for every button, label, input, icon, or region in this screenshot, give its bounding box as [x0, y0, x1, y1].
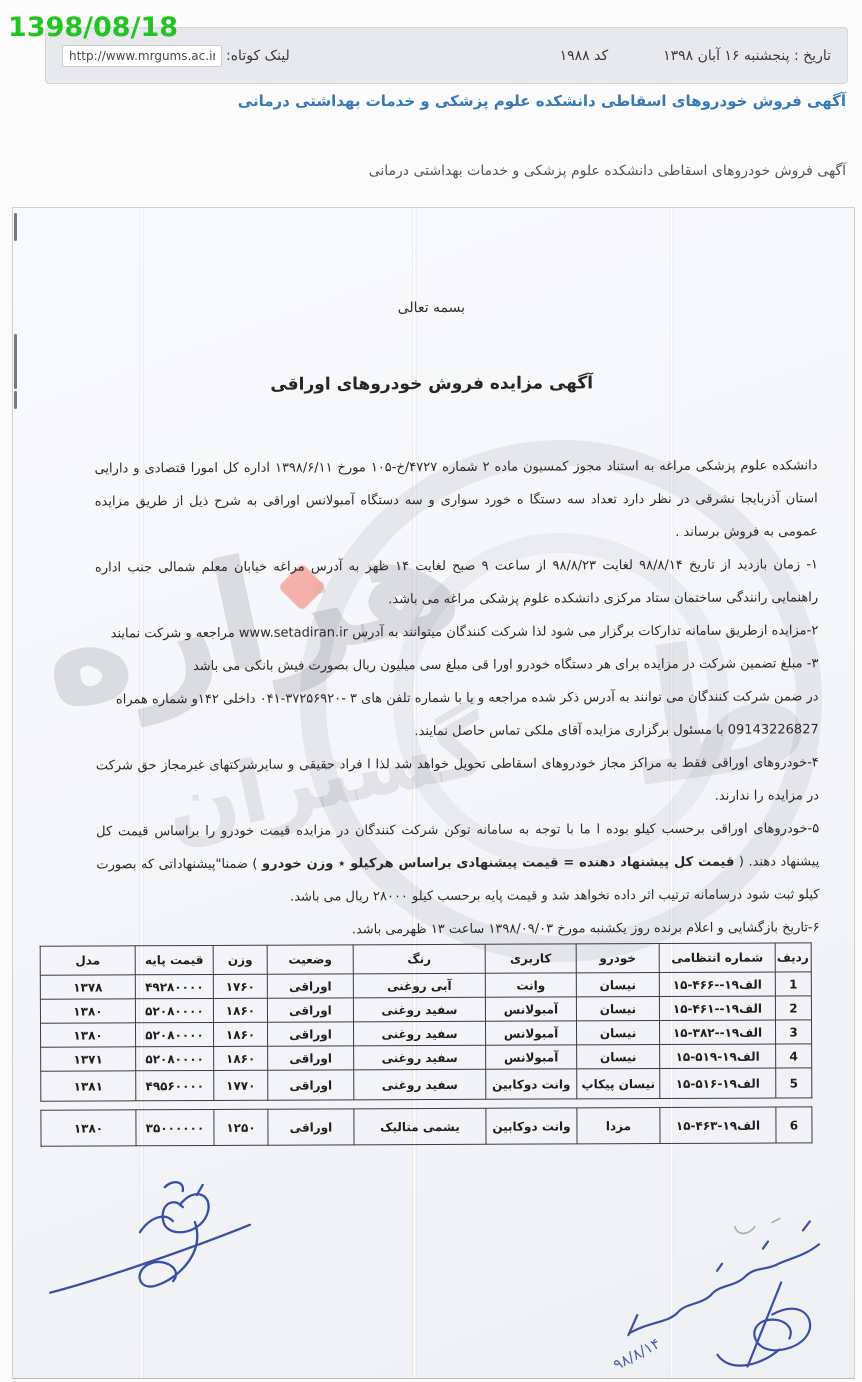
table-cell: ۱۳۸۰	[40, 999, 135, 1023]
date-stamp: 1398/08/18	[8, 12, 178, 43]
table-row: 2الف۱۹--۴۶۱-۱۵نیسانآمبولانسسفید روغنیاور…	[40, 996, 811, 1023]
paragraph-item5: ۵-خودروهای اوراقی برحسب کیلو بوده ا ما ب…	[96, 812, 819, 914]
table-cell: ۱۲۵۰	[214, 1109, 268, 1145]
table-cell: آبی روغنی	[353, 973, 485, 998]
table-cell: ۱۸۶۰	[213, 1022, 267, 1046]
table-cell: مزدا	[577, 1108, 660, 1144]
table-cell: ۴۹۲۸۰۰۰۰	[135, 974, 213, 998]
table-cell: 3	[775, 1020, 811, 1044]
signature-left	[45, 1177, 256, 1318]
table-cell: 4	[776, 1044, 812, 1068]
paragraph-intro: دانشکده علوم پزشکی مراغه به استناد مجوز …	[95, 449, 818, 551]
table-cell: الف۱۹-۵۱۹-۱۵	[660, 1044, 776, 1069]
paragraph-item3: ۳- مبلغ تضمین شرکت در مزایده برای هر دست…	[95, 647, 818, 683]
paragraph-item1: ۱- زمان بازدید از تاریخ ۹۸/۸/۱۴ لغایت ۹۸…	[95, 548, 818, 617]
table-cell: الف۱۹-۴۶۳-۱۵	[660, 1107, 776, 1144]
table-cell: الف۱۹-۵۱۶-۱۵	[660, 1068, 776, 1099]
table-cell: اوراقی	[268, 1109, 354, 1145]
table-cell: اوراقی	[267, 974, 353, 998]
table-header-cell: ردیف	[775, 943, 811, 972]
besmele-line: بسمه تعالی	[12, 298, 852, 318]
paragraph-item2: ۲-مزایده ازطریق سامانه تدارکات برگزار می…	[95, 614, 818, 650]
table-cell: وانت دوکابین	[486, 1069, 577, 1099]
short-link-label: لینک کوتاه:	[226, 48, 290, 64]
table-header-cell: مدل	[40, 946, 135, 975]
table-cell: سفید روغنی	[353, 997, 485, 1022]
table-header-cell: خودرو	[576, 944, 659, 973]
table-cell: 1	[775, 972, 811, 996]
table-cell: 6	[776, 1107, 812, 1143]
paragraph-item4: ۴-خودروهای اوراقی فقط به مراکز مجاز خودر…	[96, 746, 819, 815]
table-cell: سفید روغنی	[354, 1045, 486, 1070]
post-subtitle: آگهی فروش خودروهای اسقاطی دانشکده علوم پ…	[16, 163, 846, 179]
table-cell: آمبولانس	[485, 997, 576, 1021]
table-header-cell: وضعیت	[267, 945, 353, 974]
table-cell: ۴۹۵۶۰۰۰۰	[136, 1070, 214, 1100]
table-cell: نیسان	[576, 1021, 659, 1045]
table-cell: سفید روغنی	[353, 1021, 485, 1046]
table-cell: ۵۲۰۸۰۰۰۰	[135, 1022, 213, 1046]
table-cell: نیسان	[576, 973, 659, 997]
table-cell: اوراقی	[268, 1070, 354, 1100]
document-body: دانشکده علوم پزشکی مراغه به استناد مجوز …	[95, 449, 820, 947]
table-header-cell: رنگ	[353, 944, 485, 974]
table-cell: ۱۸۶۰	[213, 998, 267, 1022]
table-header-cell: شماره انتظامی	[659, 943, 775, 973]
table-cell: یشمی متالیک	[354, 1108, 486, 1145]
table-row: 6الف۱۹-۴۶۳-۱۵مزداوانت دوکابینیشمی متالیک…	[41, 1107, 812, 1146]
item5-formula: قیمت کل پیشنهاد دهنده = قیمت پیشنهادی بر…	[262, 855, 734, 872]
table-cell: ۵۲۰۸۰۰۰۰	[136, 1046, 214, 1070]
short-link-input[interactable]	[62, 45, 222, 67]
table-header-row: ردیفشماره انتظامیخودروکاربریرنگوضعیتوزنق…	[40, 943, 811, 975]
table-cell: نیسان	[576, 997, 659, 1021]
table-cell: الف۱۹--۴۶۱-۱۵	[659, 996, 775, 1021]
vehicle-table-body: 1الف۱۹--۴۶۶-۱۵نیسانوانتآبی روغنیاوراقی۱۷…	[40, 972, 812, 1146]
header-code: کد ۱۹۸۸	[560, 48, 609, 64]
table-header-cell: قیمت پایه	[135, 945, 213, 974]
table-cell: ۱۸۶۰	[214, 1046, 268, 1070]
table-cell: ۳۵۰۰۰۰۰۰	[136, 1109, 214, 1145]
table-cell: نیسان پیکاپ	[577, 1069, 660, 1099]
table-cell: آمبولانس	[486, 1045, 577, 1069]
table-cell: ۱۷۷۰	[214, 1070, 268, 1100]
table-cell: اوراقی	[267, 1022, 353, 1046]
table-cell: وانت دوکابین	[486, 1108, 577, 1144]
table-cell: وانت	[485, 973, 576, 997]
table-header-cell: کاربری	[485, 944, 576, 973]
table-cell: ۱۳۷۱	[41, 1047, 136, 1071]
table-row: 4الف۱۹-۵۱۹-۱۵نیسانآمبولانسسفید روغنیاورا…	[41, 1044, 812, 1071]
table-cell: نیسان	[577, 1045, 660, 1069]
table-row: 3الف۱۹--۳۸۲-۱۵نیسانآمبولانسسفید روغنیاور…	[41, 1020, 812, 1047]
table-header-cell: وزن	[213, 945, 267, 974]
table-cell: 5	[776, 1068, 812, 1098]
vehicle-table: ردیفشماره انتظامیخودروکاربریرنگوضعیتوزنق…	[40, 942, 813, 1146]
table-cell: ۱۳۷۸	[40, 975, 135, 999]
table-cell: ۱۳۸۰	[41, 1110, 136, 1146]
table-cell: الف۱۹--۳۸۲-۱۵	[659, 1020, 775, 1045]
scanned-document: هزاره گستران ط بسمه تعالی آگهی مزایده فر…	[12, 207, 855, 1379]
signature-right	[567, 1214, 843, 1379]
table-cell: ۵۲۰۸۰۰۰۰	[135, 998, 213, 1022]
table-cell: ۱۷۶۰	[213, 974, 267, 998]
page: { "stamp": { "date": "1398/08/18" }, "he…	[0, 0, 862, 1382]
table-row: 5الف۱۹-۵۱۶-۱۵نیسان پیکاپوانت دوکابینسفید…	[41, 1068, 812, 1101]
header-date: تاریخ : پنجشنبه ۱۶ آبان ۱۳۹۸	[663, 48, 831, 64]
table-cell: الف۱۹--۴۶۶-۱۵	[659, 972, 775, 997]
table-cell: اوراقی	[267, 998, 353, 1022]
table-cell: آمبولانس	[485, 1021, 576, 1045]
table-cell: سفید روغنی	[354, 1069, 486, 1100]
table-cell: 2	[775, 996, 811, 1020]
table-cell: ۱۳۸۱	[41, 1071, 136, 1101]
table-cell: اوراقی	[268, 1046, 354, 1070]
paragraph-item3-phone: در ضمن شرکت کنندگان می توانند به آدرس ذک…	[96, 680, 819, 716]
table-row: 1الف۱۹--۴۶۶-۱۵نیسانوانتآبی روغنیاوراقی۱۷…	[40, 972, 811, 999]
document-content: بسمه تعالی آگهی مزایده فروش خودروهای اور…	[12, 207, 855, 1379]
post-title-link[interactable]: آگهی فروش خودروهای اسقاطی دانشکده علوم پ…	[16, 92, 846, 110]
vehicle-table-head: ردیفشماره انتظامیخودروکاربریرنگوضعیتوزنق…	[40, 943, 811, 975]
table-cell: ۱۳۸۰	[41, 1023, 136, 1047]
vehicle-table-wrap: ردیفشماره انتظامیخودروکاربریرنگوضعیتوزنق…	[40, 942, 812, 1146]
document-title: آگهی مزایده فروش خودروهای اوراقی	[12, 372, 852, 396]
paragraph-item3-mobile: 09143226827 با مسئول برگزاری مزایده آقای…	[96, 713, 819, 749]
